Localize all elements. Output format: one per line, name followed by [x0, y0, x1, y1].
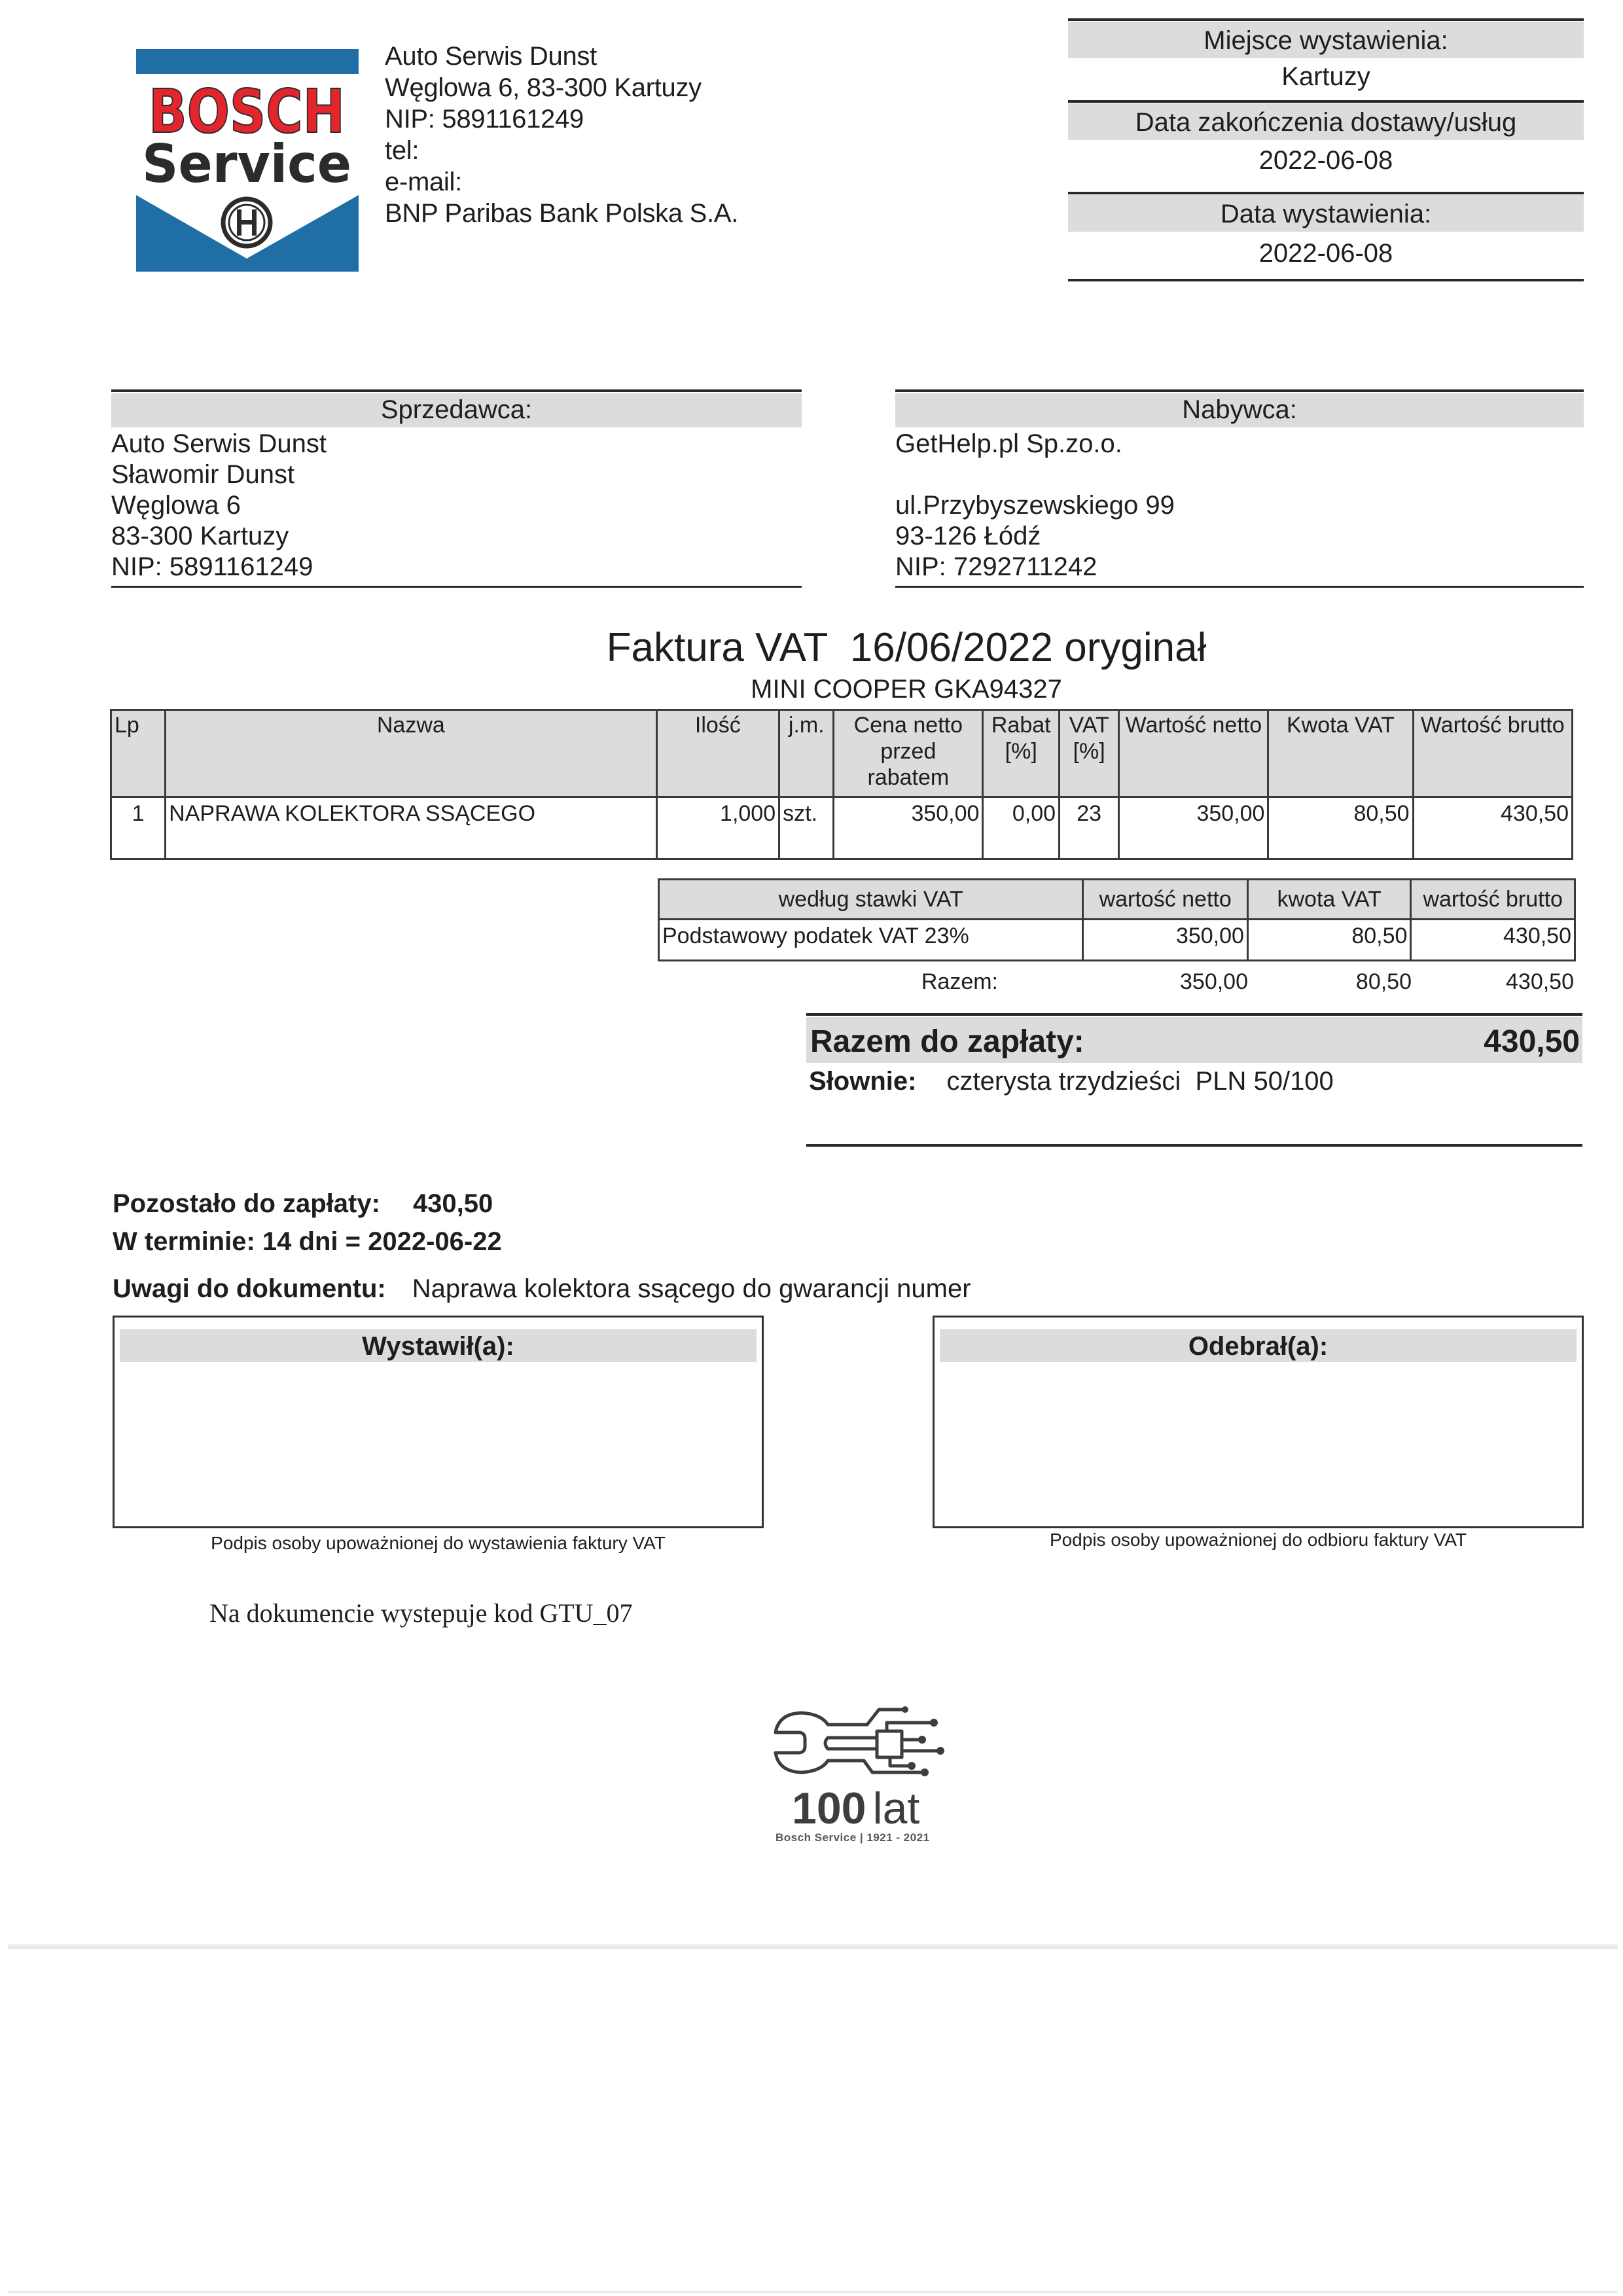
page-edge-line [8, 1944, 1618, 1949]
vat-total-gross: 430,50 [1413, 963, 1574, 1000]
notes-label: Uwagi do dokumentu: [113, 1274, 386, 1303]
issuer-signature-box: Wystawił(a): [113, 1316, 764, 1528]
anniversary-number: 100 [792, 1784, 866, 1833]
col-net: wartość netto [1083, 880, 1248, 920]
vat-header-row: według stawki VAT wartość netto kwota VA… [659, 880, 1575, 920]
items-table: Lp Nazwa Ilość j.m. Cena netto przed rab… [110, 709, 1573, 860]
vehicle-subtitle: MINI COOPER GKA94327 [0, 673, 1623, 706]
cell-net-value: 350,00 [1119, 797, 1268, 859]
company-phone: tel: [385, 135, 738, 166]
cell-unit: szt. [779, 797, 834, 859]
buyer-line: GetHelp.pl Sp.zo.o. [895, 429, 1175, 459]
col-vat-rate-group: według stawki VAT [659, 880, 1083, 920]
cell-discount: 0,00 [983, 797, 1060, 859]
anniversary-text: 100lat [792, 1785, 919, 1831]
items-header-row: Lp Nazwa Ilość j.m. Cena netto przed rab… [111, 710, 1573, 797]
cell-vat: 80,50 [1247, 920, 1410, 961]
receiver-label: Odebrał(a): [940, 1329, 1577, 1362]
document-notes: Uwagi do dokumentu:Naprawa kolektora ssą… [113, 1271, 971, 1306]
seller-line: NIP: 5891161249 [111, 552, 327, 583]
seller-label: Sprzedawca: [111, 393, 802, 427]
anniversary-caption: Bosch Service | 1921 - 2021 [776, 1831, 930, 1844]
vat-total-label: Razem: [658, 963, 998, 1000]
buyer-section: Nabywca: GetHelp.pl Sp.zo.o. ul.Przybysz… [895, 389, 1584, 592]
amount-in-words-label: Słownie: [809, 1067, 916, 1096]
seller-line: Auto Serwis Dunst [111, 429, 327, 459]
document-title: Faktura VAT 16/06/2022 oryginał [0, 622, 1623, 674]
anniversary-word: lat [872, 1784, 919, 1833]
vat-total-vat: 80,50 [1249, 963, 1412, 1000]
cell-qty: 1,000 [656, 797, 779, 859]
col-net-value: Wartość netto [1119, 710, 1268, 797]
company-name: Auto Serwis Dunst [385, 41, 738, 72]
delivery-date-label: Data zakończenia dostawy/usług [1068, 103, 1584, 140]
delivery-date-value: 2022-06-08 [1068, 144, 1584, 177]
total-to-pay: Razem do zapłaty: 430,50 [806, 1013, 1582, 1064]
total-to-pay-label: Razem do zapłaty: [810, 1022, 1084, 1062]
company-nip: NIP: 5891161249 [385, 103, 738, 135]
issue-date-label: Data wystawienia: [1068, 195, 1584, 232]
bosch-service-logo: BOSCH Service [134, 46, 360, 275]
col-vat: kwota VAT [1247, 880, 1410, 920]
buyer-line: 93-126 Łódź [895, 521, 1175, 552]
col-qty: Ilość [656, 710, 779, 797]
seller-line: Sławomir Dunst [111, 459, 327, 490]
place-label: Miejsce wystawienia: [1068, 22, 1584, 58]
col-vat-rate: VAT [%] [1060, 710, 1119, 797]
cell-vat-rate: 23 [1060, 797, 1119, 859]
col-vat-amount: Kwota VAT [1268, 710, 1413, 797]
remaining-value: 430,50 [413, 1189, 493, 1218]
amount-in-words: Słownie:czterysta trzydzieści PLN 50/100 [809, 1064, 1334, 1098]
anniversary-logo: 100lat Bosch Service | 1921 - 2021 [762, 1695, 946, 1852]
svg-text:Service: Service [142, 134, 351, 194]
cell-net: 350,00 [1083, 920, 1248, 961]
seller-line: Węglowa 6 [111, 490, 327, 521]
cell-rate-name: Podstawowy podatek VAT 23% [659, 920, 1083, 961]
cell-net-price: 350,00 [834, 797, 983, 859]
buyer-line: NIP: 7292711242 [895, 552, 1175, 583]
vat-summary-table: według stawki VAT wartość netto kwota VA… [658, 878, 1576, 961]
page-bottom-line [8, 2291, 1618, 2293]
buyer-line [895, 459, 1175, 490]
company-header: Auto Serwis Dunst Węglowa 6, 83-300 Kart… [385, 41, 738, 229]
table-row: Podstawowy podatek VAT 23% 350,00 80,50 … [659, 920, 1575, 961]
divider [806, 1144, 1582, 1147]
company-email: e-mail: [385, 166, 738, 198]
amount-in-words-value: czterysta trzydzieści PLN 50/100 [946, 1067, 1333, 1096]
receiver-signature-caption: Podpis osoby upoważnionej do odbioru fak… [933, 1528, 1584, 1552]
buyer-label: Nabywca: [895, 393, 1584, 427]
vat-total-net: 350,00 [1084, 963, 1248, 1000]
vehicle-subtitle-text: MINI COOPER GKA94327 [751, 675, 1062, 704]
table-row: 1 NAPRAWA KOLEKTORA SSĄCEGO 1,000 szt. 3… [111, 797, 1573, 859]
document-title-text: Faktura VAT 16/06/2022 oryginał [607, 625, 1207, 670]
bosch-logo-icon: BOSCH Service [134, 46, 360, 275]
remaining-label: Pozostało do zapłaty: [113, 1189, 380, 1218]
company-address: Węglowa 6, 83-300 Kartuzy [385, 72, 738, 103]
total-to-pay-value: 430,50 [1484, 1022, 1580, 1062]
issuer-signature-caption: Podpis osoby upoważnionej do wystawienia… [113, 1532, 764, 1555]
vat-total-row: Razem: 350,00 80,50 430,50 [658, 963, 1576, 1000]
invoice-info-box: Miejsce wystawienia: Kartuzy Data zakońc… [1068, 18, 1584, 283]
payment-term: W terminie: 14 dni = 2022-06-22 [113, 1224, 502, 1259]
col-lp: Lp [111, 710, 166, 797]
seller-line: 83-300 Kartuzy [111, 521, 327, 552]
issuer-label: Wystawił(a): [120, 1329, 757, 1362]
col-net-price: Cena netto przed rabatem [834, 710, 983, 797]
remaining-to-pay: Pozostało do zapłaty:430,50 [113, 1186, 493, 1221]
notes-value: Naprawa kolektora ssącego do gwarancji n… [412, 1274, 971, 1303]
receiver-signature-box: Odebrał(a): [933, 1316, 1584, 1528]
cell-gross-value: 430,50 [1413, 797, 1572, 859]
wrench-circuit-icon [762, 1695, 946, 1787]
col-gross-value: Wartość brutto [1413, 710, 1572, 797]
issue-date-value: 2022-06-08 [1068, 237, 1584, 270]
cell-gross: 430,50 [1411, 920, 1575, 961]
buyer-details: GetHelp.pl Sp.zo.o. ul.Przybyszewskiego … [895, 429, 1175, 583]
seller-details: Auto Serwis Dunst Sławomir Dunst Węglowa… [111, 429, 327, 583]
gtu-note: Na dokumencie wystepuje kod GTU_07 [209, 1597, 633, 1630]
cell-lp: 1 [111, 797, 166, 859]
col-discount: Rabat [%] [983, 710, 1060, 797]
place-value: Kartuzy [1068, 60, 1584, 93]
buyer-line: ul.Przybyszewskiego 99 [895, 490, 1175, 521]
col-gross: wartość brutto [1411, 880, 1575, 920]
seller-section: Sprzedawca: Auto Serwis Dunst Sławomir D… [111, 389, 802, 592]
company-bank: BNP Paribas Bank Polska S.A. [385, 198, 738, 229]
cell-vat-amount: 80,50 [1268, 797, 1413, 859]
cell-name: NAPRAWA KOLEKTORA SSĄCEGO [166, 797, 656, 859]
col-name: Nazwa [166, 710, 656, 797]
col-unit: j.m. [779, 710, 834, 797]
